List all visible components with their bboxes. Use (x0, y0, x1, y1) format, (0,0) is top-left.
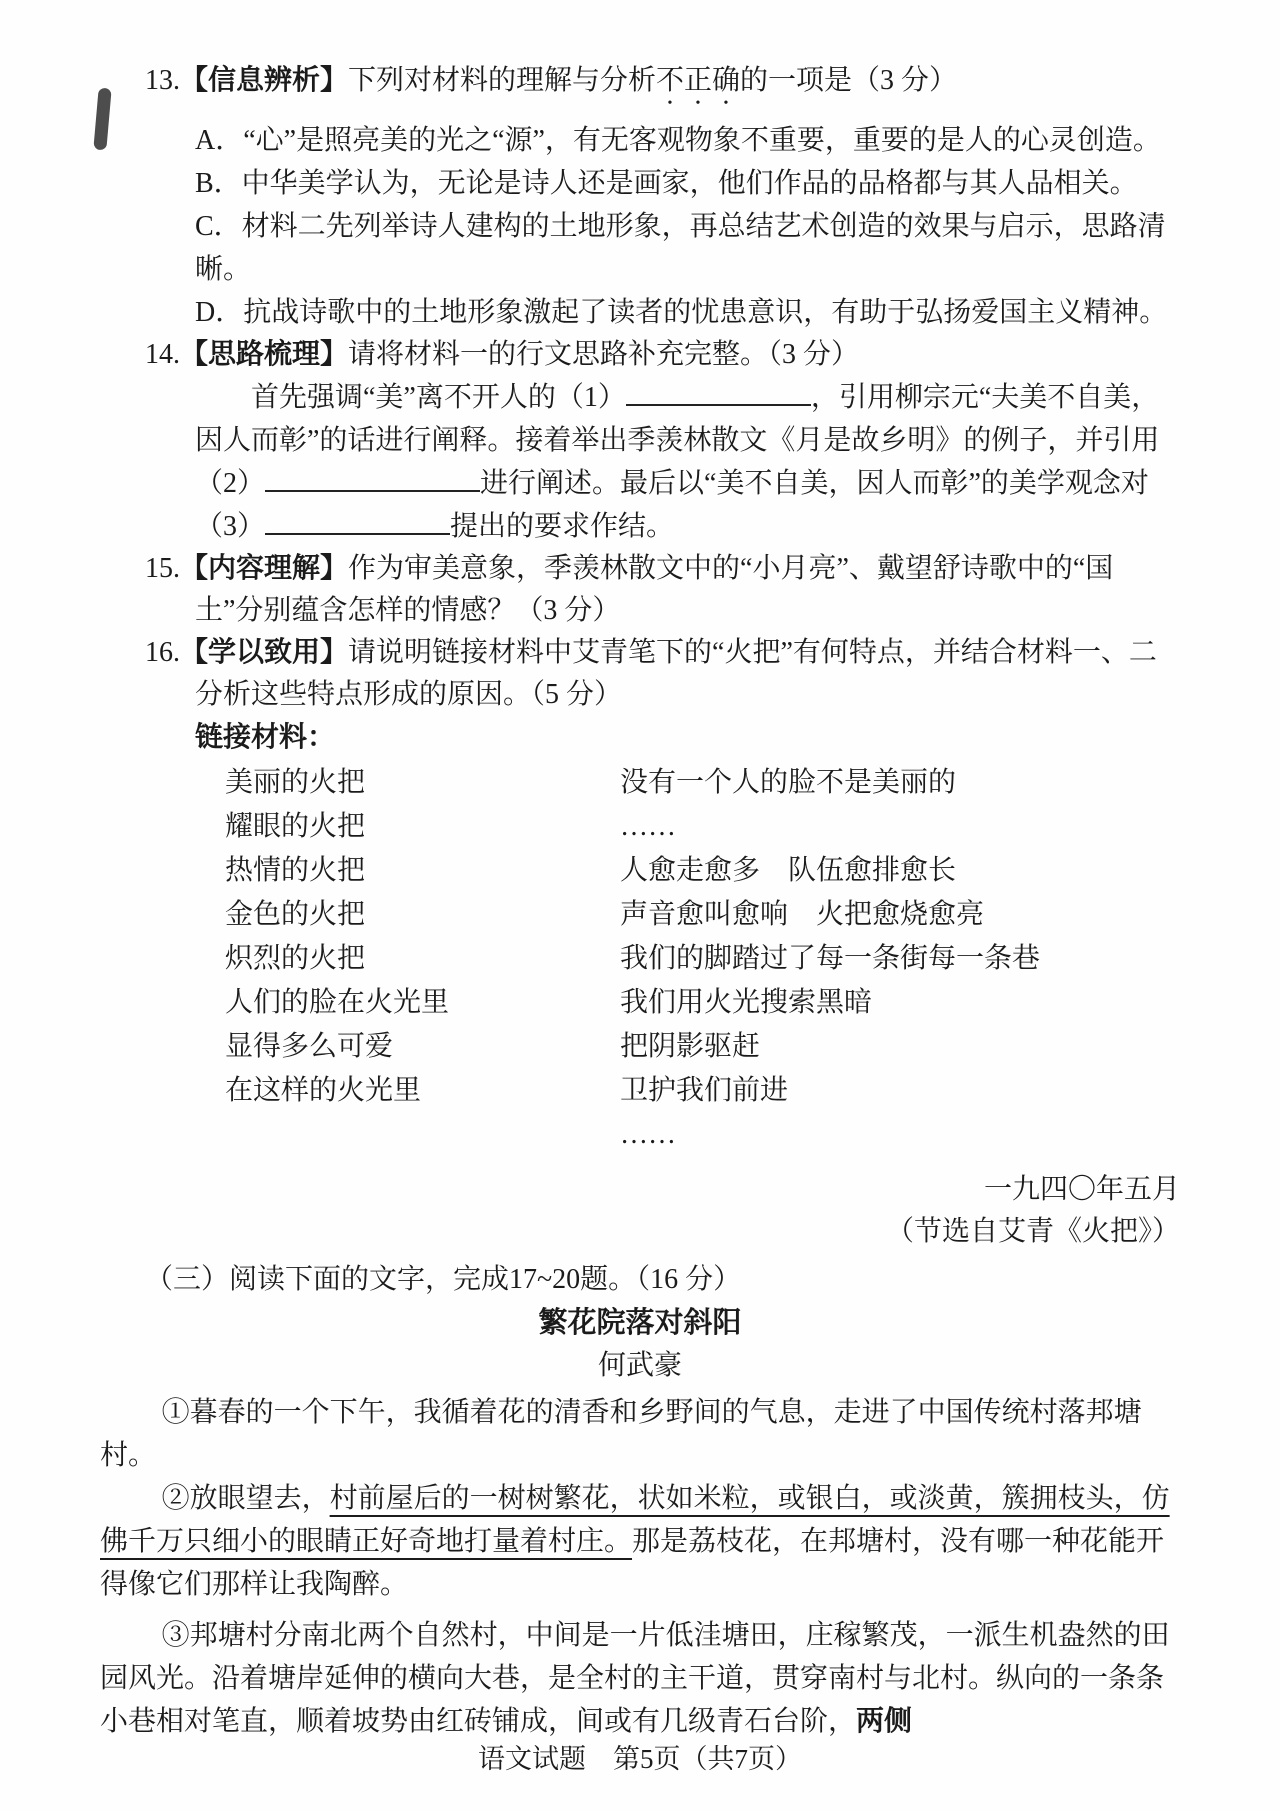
essay-p2-lead: ②放眼望去， (162, 1483, 330, 1514)
question-15-tag: 【内容理解】 (180, 553, 348, 584)
question-13: 13.【信息辨析】下列对材料的理解与分析不正确的一项是（3 分） A．“心”是照… (100, 60, 1180, 334)
poem-line-right: …… (620, 1113, 1180, 1157)
poem-line-left: 耀眼的火把 (225, 805, 620, 849)
section-3-header: （三）阅读下面的文字，完成17~20题。（16 分） (145, 1259, 1180, 1301)
q13-option-c: C．材料二先列举诗人建构的土地形象，再总结艺术创造的效果与启示，思路清晰。 (195, 205, 1180, 291)
question-15-number: 15. (145, 553, 180, 584)
poem-line-right: 没有一个人的脸不是美丽的 (620, 761, 1180, 805)
q13-option-d: D．抗战诗歌中的土地形象激起了读者的忧患意识，有助于弘扬爱国主义精神。 (195, 291, 1180, 334)
page-footer: 语文试题 第5页（共7页） (0, 1737, 1280, 1776)
question-14-number: 14. (145, 339, 180, 370)
question-13-text-after: 的一项是（3 分） (740, 65, 957, 96)
exam-page: 13.【信息辨析】下列对材料的理解与分析不正确的一项是（3 分） A．“心”是照… (0, 0, 1280, 1811)
q14-segment-4: 提出的要求作结。 (450, 511, 674, 542)
linked-material-label: 链接材料： (195, 716, 1180, 759)
q14-blank-2 (265, 468, 480, 492)
poem-linked-material: 美丽的火把 没有一个人的脸不是美丽的 耀眼的火把 …… 热情的火把 人愈走愈多 … (225, 761, 1180, 1157)
question-13-text: 下列对材料的理解与分析 (348, 65, 656, 96)
poem-row: 人们的脸在火光里 我们用火光搜索黑暗 (225, 981, 1180, 1025)
poem-line-right: 人愈走愈多 队伍愈排愈长 (620, 849, 1180, 893)
question-14-tag: 【思路梳理】 (180, 339, 348, 370)
essay-paragraph-1: ①暮春的一个下午，我循着花的清香和乡野间的气息，走进了中国传统村落邦塘村。 (100, 1391, 1180, 1477)
poem-line-left (225, 1113, 620, 1157)
poem-line-left: 人们的脸在火光里 (225, 981, 620, 1025)
q14-blank-3 (265, 511, 450, 535)
poem-line-right: …… (620, 805, 1180, 849)
essay-paragraph-3: ③邦塘村分南北两个自然村，中间是一片低洼塘田，庄稼繁茂，一派生机盎然的田园风光。… (100, 1614, 1180, 1743)
question-14: 14.【思路梳理】请将材料一的行文思路补充完整。（3 分） 首先强调“美”离不开… (100, 334, 1180, 548)
essay-title: 繁花院落对斜阳 (100, 1301, 1180, 1345)
q13-option-b: B．中华美学认为，无论是诗人还是画家，他们作品的品格都与其人品相关。 (195, 162, 1180, 205)
question-15: 15.【内容理解】作为审美意象，季羡林散文中的“小月亮”、戴望舒诗歌中的“国土”… (100, 548, 1180, 632)
page-content: 13.【信息辨析】下列对材料的理解与分析不正确的一项是（3 分） A．“心”是照… (100, 60, 1180, 1743)
question-14-stem: 14.【思路梳理】请将材料一的行文思路补充完整。（3 分） (145, 334, 1180, 376)
poem-line-right: 我们用火光搜索黑暗 (620, 981, 1180, 1025)
poem-line-right: 声音愈叫愈响 火把愈烧愈亮 (620, 893, 1180, 937)
poem-row: 热情的火把 人愈走愈多 队伍愈排愈长 (225, 849, 1180, 893)
question-15-stem: 15.【内容理解】作为审美意象，季羡林散文中的“小月亮”、戴望舒诗歌中的“国土”… (145, 548, 1180, 632)
question-14-text: 请将材料一的行文思路补充完整。（3 分） (348, 339, 859, 370)
poem-row: 金色的火把 声音愈叫愈响 火把愈烧愈亮 (225, 893, 1180, 937)
question-16-number: 16. (145, 637, 180, 668)
poem-line-left: 美丽的火把 (225, 761, 620, 805)
essay-p3-text: ③邦塘村分南北两个自然村，中间是一片低洼塘田，庄稼繁茂，一派生机盎然的田园风光。… (100, 1620, 1170, 1737)
q14-blank-1 (626, 382, 811, 406)
poem-row: 显得多么可爱 把阴影驱赶 (225, 1025, 1180, 1069)
poem-line-right: 我们的脚踏过了每一条街每一条巷 (620, 937, 1180, 981)
question-13-number: 13. (145, 65, 180, 96)
poem-date: 一九四〇年五月 (100, 1169, 1180, 1211)
poem-line-right: 卫护我们前进 (620, 1069, 1180, 1113)
poem-source-attribution: （节选自艾青《火把》） (100, 1211, 1180, 1253)
poem-line-left: 金色的火把 (225, 893, 620, 937)
question-16: 16.【学以致用】请说明链接材料中艾青笔下的“火把”有何特点，并结合材料一、二分… (100, 632, 1180, 1253)
question-16-stem: 16.【学以致用】请说明链接材料中艾青笔下的“火把”有何特点，并结合材料一、二分… (145, 632, 1180, 716)
poem-row: 在这样的火光里 卫护我们前进 (225, 1069, 1180, 1113)
poem-row: …… (225, 1113, 1180, 1157)
essay-paragraph-2: ②放眼望去，村前屋后的一树树繁花，状如米粒，或银白，或淡黄，簇拥枝头，仿佛千万只… (100, 1477, 1180, 1606)
essay-p3-bold-text: 两侧 (856, 1706, 912, 1737)
poem-line-left: 炽烈的火把 (225, 937, 620, 981)
poem-line-left: 在这样的火光里 (225, 1069, 620, 1113)
question-16-tag: 【学以致用】 (180, 637, 348, 668)
question-13-options: A．“心”是照亮美的光之“源”，有无客观物象不重要，重要的是人的心灵创造。 B．… (195, 119, 1180, 334)
question-13-tag: 【信息辨析】 (180, 65, 348, 96)
q14-segment-1: 首先强调“美”离不开人的（1） (251, 382, 626, 413)
essay-author: 何武豪 (100, 1345, 1180, 1387)
section-3-reading: （三）阅读下面的文字，完成17~20题。（16 分） 繁花院落对斜阳 何武豪 ①… (100, 1259, 1180, 1743)
question-14-fill-in-paragraph: 首先强调“美”离不开人的（1），引用柳宗元“夫美不自美，因人而彰”的话进行阐释。… (195, 376, 1180, 548)
poem-line-left: 显得多么可爱 (225, 1025, 620, 1069)
poem-line-left: 热情的火把 (225, 849, 620, 893)
q13-option-a: A．“心”是照亮美的光之“源”，有无客观物象不重要，重要的是人的心灵创造。 (195, 119, 1180, 162)
poem-row: 美丽的火把 没有一个人的脸不是美丽的 (225, 761, 1180, 805)
question-13-stem: 13.【信息辨析】下列对材料的理解与分析不正确的一项是（3 分） (145, 60, 1180, 111)
poem-line-right: 把阴影驱赶 (620, 1025, 1180, 1069)
poem-row: 耀眼的火把 …… (225, 805, 1180, 849)
poem-row: 炽烈的火把 我们的脚踏过了每一条街每一条巷 (225, 937, 1180, 981)
question-13-emphasized-text: 不正确 (656, 65, 740, 96)
